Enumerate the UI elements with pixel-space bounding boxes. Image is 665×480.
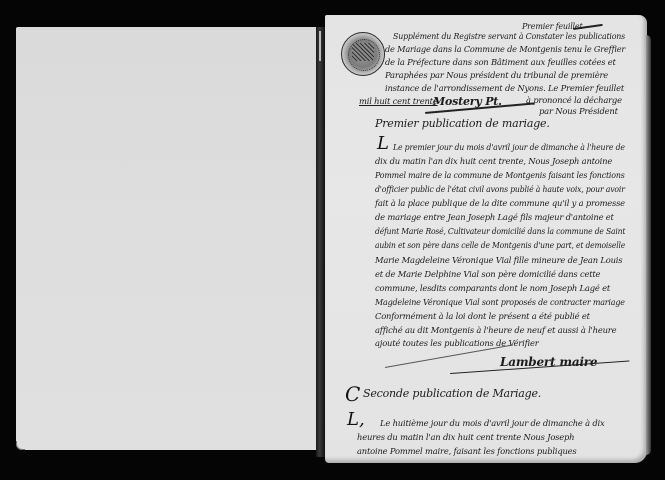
header-line-4: Paraphées par Nous président du tribunal… [385, 70, 608, 80]
s1-line-14: affiché au dit Montgenis à l'heure de ne… [375, 325, 616, 335]
s1-line-10: et de Marie Delphine Vial son père domic… [375, 269, 600, 279]
header-right-note-2: par Nous Président [539, 106, 618, 116]
s1-line-15: ajouté toutes les publications de Vérifi… [375, 338, 539, 348]
paragraph-mark-3: L, [347, 409, 365, 430]
left-page-blank [16, 27, 316, 450]
s1-line-1: Le premier jour du mois d'avril jour de … [393, 142, 625, 152]
right-page-register: Premier feuillet Supplément du Registre … [325, 15, 647, 463]
s2-line-3: antoine Pommel maire, faisant les foncti… [357, 446, 577, 456]
s1-line-3: Pommel maire de la commune de Montgenis … [375, 170, 625, 180]
s1-line-7: défunt Marie Rosé, Cultivateur domicilié… [375, 226, 625, 236]
spine-highlight [319, 31, 321, 61]
header-line-5: instance de l'arrondissement de Nyons. L… [385, 83, 624, 93]
s2-line-1: Le huitième jour du mois d'avril jour de… [380, 418, 605, 428]
paragraph-mark-1: L [377, 133, 389, 154]
s1-line-6: de mariage entre Jean Joseph Lagé fils m… [375, 212, 614, 222]
section-2-title: Seconde publication de Mariage. [363, 387, 541, 400]
margin-note: Premier feuillet [522, 22, 582, 31]
seal-stamp-icon [341, 32, 385, 76]
page-corner-fold [16, 441, 25, 450]
s1-line-8: aubin et son père dans celle de Montgeni… [375, 240, 625, 250]
s1-line-12: Magdeleine Véronique Vial sont proposés … [375, 297, 625, 307]
header-right-note-1: à prononcé la décharge [526, 95, 622, 105]
scan-background: Premier feuillet Supplément du Registre … [0, 0, 665, 480]
s1-line-13: Conformément à la loi dont le présent a … [375, 311, 590, 321]
s1-line-9: Marie Magdeleine Véronique Vial fille mi… [375, 255, 622, 265]
page-edge-shadow [646, 35, 651, 455]
seal-figure [352, 43, 374, 61]
paragraph-mark-2: C [345, 382, 360, 406]
header-line-2: de Mariage dans la Commune de Montgenis … [385, 44, 625, 54]
s1-line-11: commune, lesdits comparants dont le nom … [375, 283, 610, 293]
header-line-1: Supplément du Registre servant à Constat… [393, 31, 625, 41]
header-line-6: mil huit cent trente [359, 96, 438, 106]
s1-line-4: d'officier public de l'état civil avons … [375, 184, 625, 194]
header-line-3: de la Préfecture dans son Bâtiment aux f… [385, 57, 616, 67]
s2-line-2: heures du matin l'an dix huit cent trent… [357, 432, 574, 442]
s1-line-5: fait à la place publique de la dite comm… [375, 198, 625, 208]
book-spine [316, 27, 325, 457]
s1-line-2: dix du matin l'an dix huit cent trente, … [375, 156, 612, 166]
section-1-title: Premier publication de mariage. [375, 117, 550, 130]
